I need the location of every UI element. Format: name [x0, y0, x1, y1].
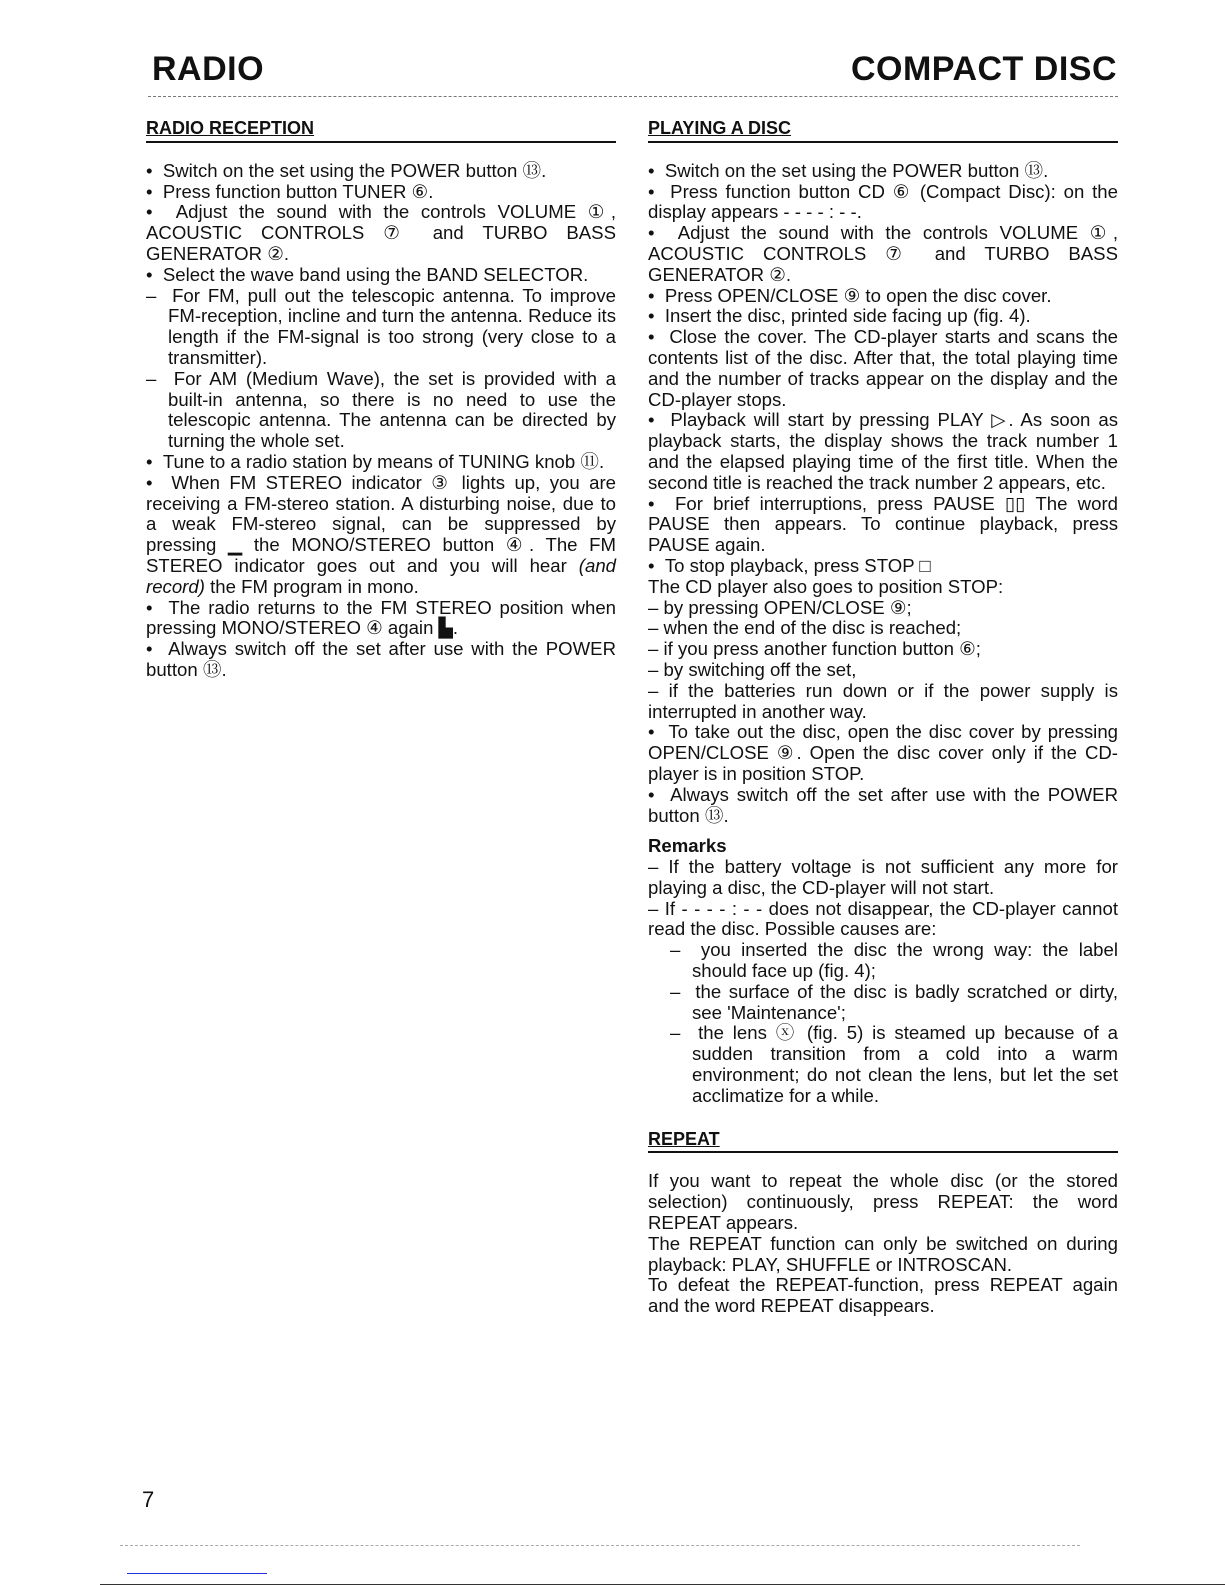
paragraph: The radio returns to the FM STEREO posit… [146, 598, 616, 640]
list-item: when the end of the disc is reached; [648, 618, 1118, 639]
paragraph: Playback will start by pressing PLAY ▷. … [648, 410, 1118, 493]
paragraph-fm-stereo: When FM STEREO indicator ③ lights up, yo… [146, 473, 616, 598]
remarks-heading: Remarks [648, 836, 1118, 857]
paragraph: Switch on the set using the POWER button… [648, 161, 1118, 182]
page-title-radio: RADIO [152, 50, 264, 89]
radio-column: RADIO RECEPTION Switch on the set using … [146, 118, 616, 681]
paragraph: For brief interruptions, press PAUSE ▯▯ … [648, 494, 1118, 556]
page-number: 7 [142, 1487, 154, 1513]
list-item: you inserted the disc the wrong way: the… [670, 940, 1118, 982]
paragraph: Adjust the sound with the controls VOLUM… [648, 223, 1118, 285]
paragraph: To take out the disc, open the disc cove… [648, 722, 1118, 784]
section-heading-playing-a-disc: PLAYING A DISC [648, 118, 1118, 143]
paragraph: Press OPEN/CLOSE ⑨ to open the disc cove… [648, 286, 1118, 307]
list-item: the lens ⓧ (fig. 5) is steamed up becaus… [670, 1023, 1118, 1106]
list-item: by pressing OPEN/CLOSE ⑨; [648, 598, 1118, 619]
paragraph: The CD player also goes to position STOP… [648, 577, 1118, 598]
list-item: by switching off the set, [648, 660, 1118, 681]
paragraph: Tune to a radio station by means of TUNI… [146, 452, 616, 473]
paragraph: Always switch off the set after use with… [648, 785, 1118, 827]
compact-disc-column: PLAYING A DISC Switch on the set using t… [648, 118, 1118, 1317]
paragraph: Adjust the sound with the controls VOLUM… [146, 202, 616, 264]
list-item: the surface of the disc is badly scratch… [670, 982, 1118, 1024]
list-item: For AM (Medium Wave), the set is provide… [146, 369, 616, 452]
paragraph: Select the wave band using the BAND SELE… [146, 265, 616, 286]
list-item: For FM, pull out the telescopic antenna.… [146, 286, 616, 369]
paragraph: Press function button CD ⑥ (Compact Disc… [648, 182, 1118, 224]
footer-divider [120, 1545, 1080, 1546]
paragraph: To stop playback, press STOP □ [648, 556, 1118, 577]
paragraph: Switch on the set using the POWER button… [146, 161, 616, 182]
header-divider [148, 96, 1118, 97]
list-item: If the battery voltage is not sufficient… [648, 857, 1118, 899]
paragraph: Press function button TUNER ⑥. [146, 182, 616, 203]
paragraph: Close the cover. The CD-player starts an… [648, 327, 1118, 410]
paragraph: If you want to repeat the whole disc (or… [648, 1171, 1118, 1233]
list-item: if the batteries run down or if the powe… [648, 681, 1118, 723]
paragraph: The REPEAT function can only be switched… [648, 1234, 1118, 1276]
scan-artifact-line [127, 1573, 267, 1574]
paragraph: Insert the disc, printed side facing up … [648, 306, 1118, 327]
paragraph: To defeat the REPEAT-function, press REP… [648, 1275, 1118, 1317]
section-heading-repeat: REPEAT [648, 1129, 1118, 1154]
page-title-compact-disc: COMPACT DISC [851, 50, 1117, 89]
list-item: If - - - - : - - does not disappear, the… [648, 899, 1118, 941]
section-heading-radio-reception: RADIO RECEPTION [146, 118, 616, 143]
list-item: if you press another function button ⑥; [648, 639, 1118, 660]
paragraph: Always switch off the set after use with… [146, 639, 616, 681]
